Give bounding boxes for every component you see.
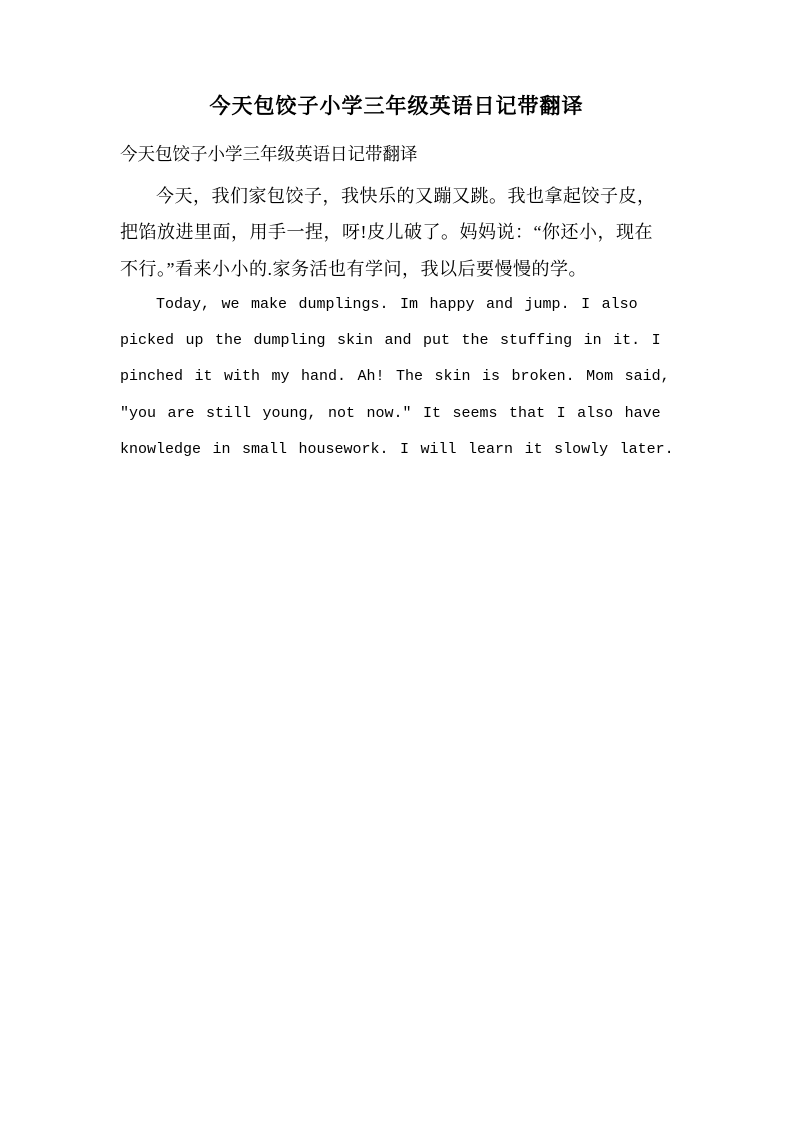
english-paragraph: Today, we make dumplings. Im happy and j…	[120, 287, 673, 468]
english-paragraph-line-4: ″you are still young, not now.″ It seems…	[120, 396, 673, 432]
chinese-paragraph-line-1: 今天，我们家包饺子，我快乐的又蹦又跳。我也拿起饺子皮，	[120, 178, 673, 214]
document-content: 今天包饺子小学三年级英语日记带翻译 今天包饺子小学三年级英语日记带翻译 今天，我…	[120, 92, 673, 468]
english-paragraph-line-2: picked up the dumpling skin and put the …	[120, 323, 673, 359]
english-paragraph-line-5: knowledge in small housework. I will lea…	[120, 432, 673, 468]
document-title: 今天包饺子小学三年级英语日记带翻译	[120, 92, 673, 120]
chinese-paragraph: 今天，我们家包饺子，我快乐的又蹦又跳。我也拿起饺子皮， 把馅放进里面，用手一捏，…	[120, 178, 673, 287]
document-subtitle: 今天包饺子小学三年级英语日记带翻译	[120, 143, 673, 165]
chinese-paragraph-line-3: 不行。”看来小小的.家务活也有学问，我以后要慢慢的学。	[120, 251, 673, 287]
document-page: 今天包饺子小学三年级英语日记带翻译 今天包饺子小学三年级英语日记带翻译 今天，我…	[0, 0, 793, 1122]
chinese-paragraph-line-2: 把馅放进里面，用手一捏，呀!皮儿破了。妈妈说：“你还小，现在	[120, 214, 673, 250]
english-paragraph-line-3: pinched it with my hand. Ah! The skin is…	[120, 359, 673, 395]
english-paragraph-line-1: Today, we make dumplings. Im happy and j…	[120, 287, 673, 323]
